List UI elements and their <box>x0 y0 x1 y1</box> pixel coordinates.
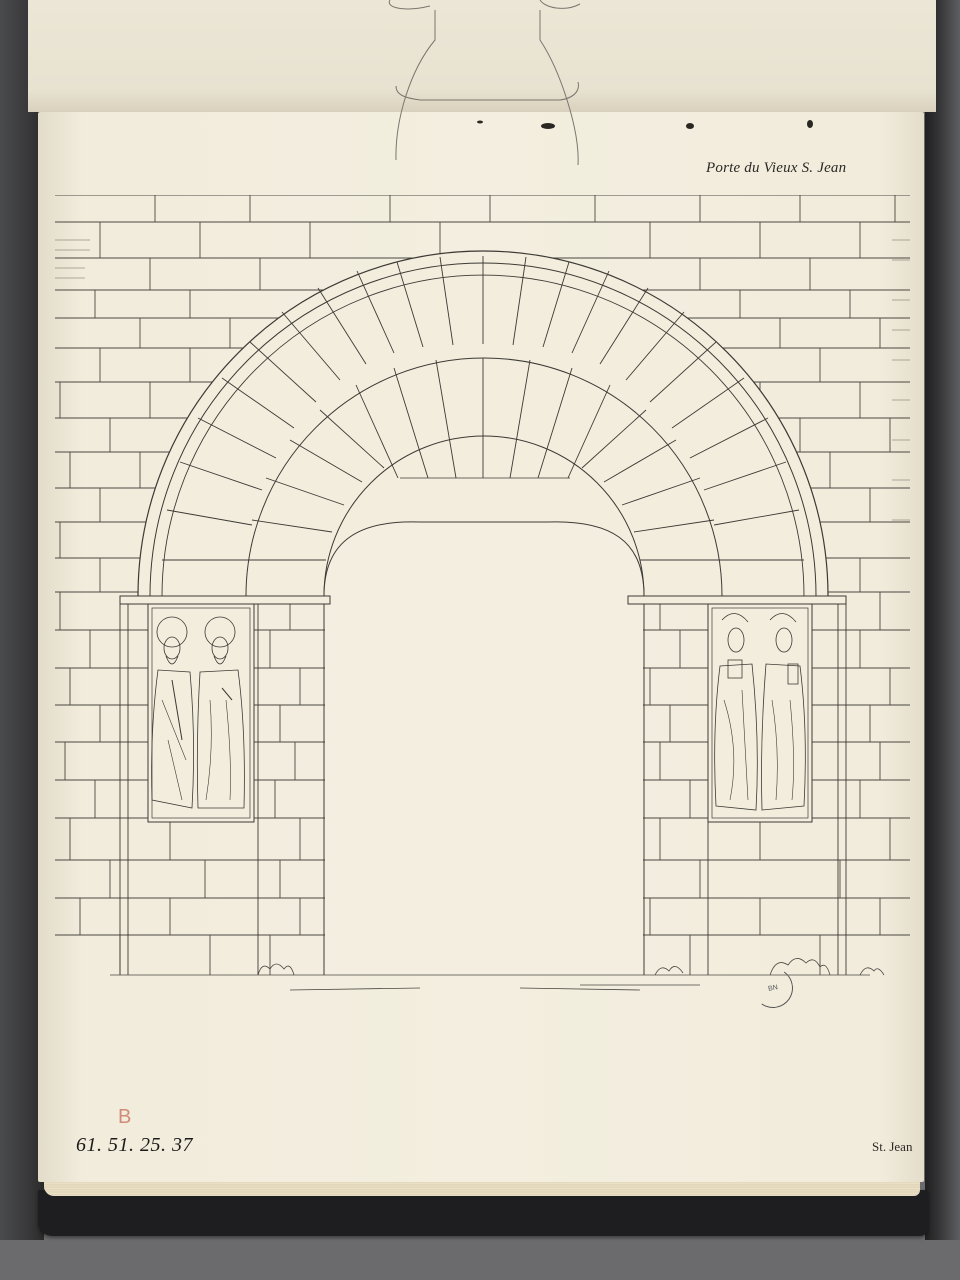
page-label: St. Jean <box>872 1139 912 1155</box>
shelfmark-number: 61. 51. 25. 37 <box>76 1134 193 1157</box>
right-relief-panel <box>708 604 812 822</box>
left-relief-panel <box>148 604 254 822</box>
previous-page-sketch <box>389 0 580 165</box>
collection-stamp: B <box>118 1106 131 1129</box>
portal-drawing <box>0 0 960 1280</box>
drawing-caption: Porte du Vieux S. Jean <box>706 160 846 177</box>
ink-stains <box>477 120 813 129</box>
